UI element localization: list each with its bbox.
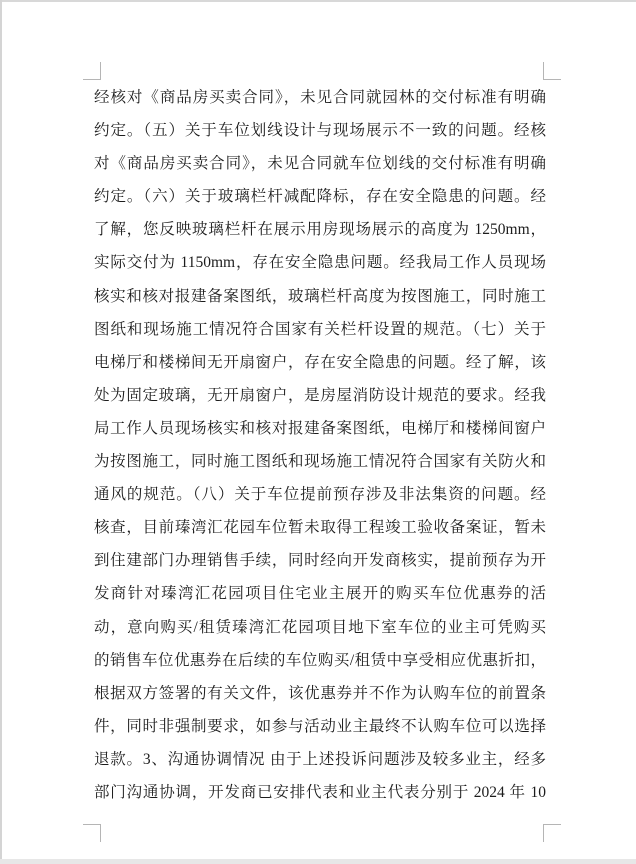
- text-line: 动，意向购买/租赁瑧湾汇花园项目地下室车位的业主可凭购买: [94, 611, 546, 644]
- document-page: 经核对《商品房买卖合同》，未见合同就园林的交付标准有明确约定。（五）关于车位划线…: [0, 0, 636, 864]
- margin-crop-mark-bottom-left: [83, 824, 101, 842]
- text-line: 根据双方签署的有关文件，该优惠券并不作为认购车位的前置条: [94, 677, 546, 710]
- text-line: 件，同时非强制要求，如参与活动业主最终不认购车位可以选择: [94, 710, 546, 743]
- text-line: 退款。3、沟通协调情况 由于上述投诉问题涉及较多业主，经多: [94, 743, 546, 776]
- text-line: 图纸和现场施工情况符合国家有关栏杆设置的规范。（七）关于: [94, 313, 546, 346]
- text-line: 了解，您反映玻璃栏杆在展示用房现场展示的高度为 1250mm，: [94, 213, 546, 246]
- page-edge-top: [0, 0, 636, 2]
- margin-crop-mark-top-right: [543, 62, 561, 80]
- text-line: 部门沟通协调，开发商已安排代表和业主代表分别于 2024 年 10: [94, 776, 546, 809]
- page-edge-bottom: [0, 859, 636, 864]
- text-line: 经核对《商品房买卖合同》，未见合同就园林的交付标准有明确: [94, 81, 546, 114]
- document-body-text: 经核对《商品房买卖合同》，未见合同就园林的交付标准有明确约定。（五）关于车位划线…: [94, 81, 546, 809]
- text-line: 约定。（五）关于车位划线设计与现场展示不一致的问题。经核: [94, 114, 546, 147]
- text-line: 对《商品房买卖合同》，未见合同就车位划线的交付标准有明确: [94, 147, 546, 180]
- text-line: 发商针对瑧湾汇花园项目住宅业主展开的购买车位优惠券的活: [94, 577, 546, 610]
- text-line: 通风的规范。（八）关于车位提前预存涉及非法集资的问题。经: [94, 478, 546, 511]
- text-line: 电梯厅和楼梯间无开扇窗户，存在安全隐患的问题。经了解，该: [94, 346, 546, 379]
- text-line: 到住建部门办理销售手续，同时经向开发商核实，提前预存为开: [94, 544, 546, 577]
- margin-crop-mark-bottom-right: [543, 824, 561, 842]
- text-line: 为按图施工，同时施工图纸和现场施工情况符合国家有关防火和: [94, 445, 546, 478]
- text-line: 的销售车位优惠券在后续的车位购买/租赁中享受相应优惠折扣，: [94, 644, 546, 677]
- margin-crop-mark-top-left: [83, 62, 101, 80]
- text-line: 局工作人员现场核实和核对报建备案图纸，电梯厅和楼梯间窗户: [94, 412, 546, 445]
- text-line: 实际交付为 1150mm，存在安全隐患问题。经我局工作人员现场: [94, 246, 546, 279]
- text-line: 核实和核对报建备案图纸，玻璃栏杆高度为按图施工，同时施工: [94, 280, 546, 313]
- text-line: 处为固定玻璃，无开扇窗户，是房屋消防设计规范的要求。经我: [94, 379, 546, 412]
- text-line: 约定。（六）关于玻璃栏杆减配降标，存在安全隐患的问题。经: [94, 180, 546, 213]
- page-edge-left: [0, 0, 2, 864]
- text-line: 核查，目前瑧湾汇花园车位暂未取得工程竣工验收备案证，暂未: [94, 511, 546, 544]
